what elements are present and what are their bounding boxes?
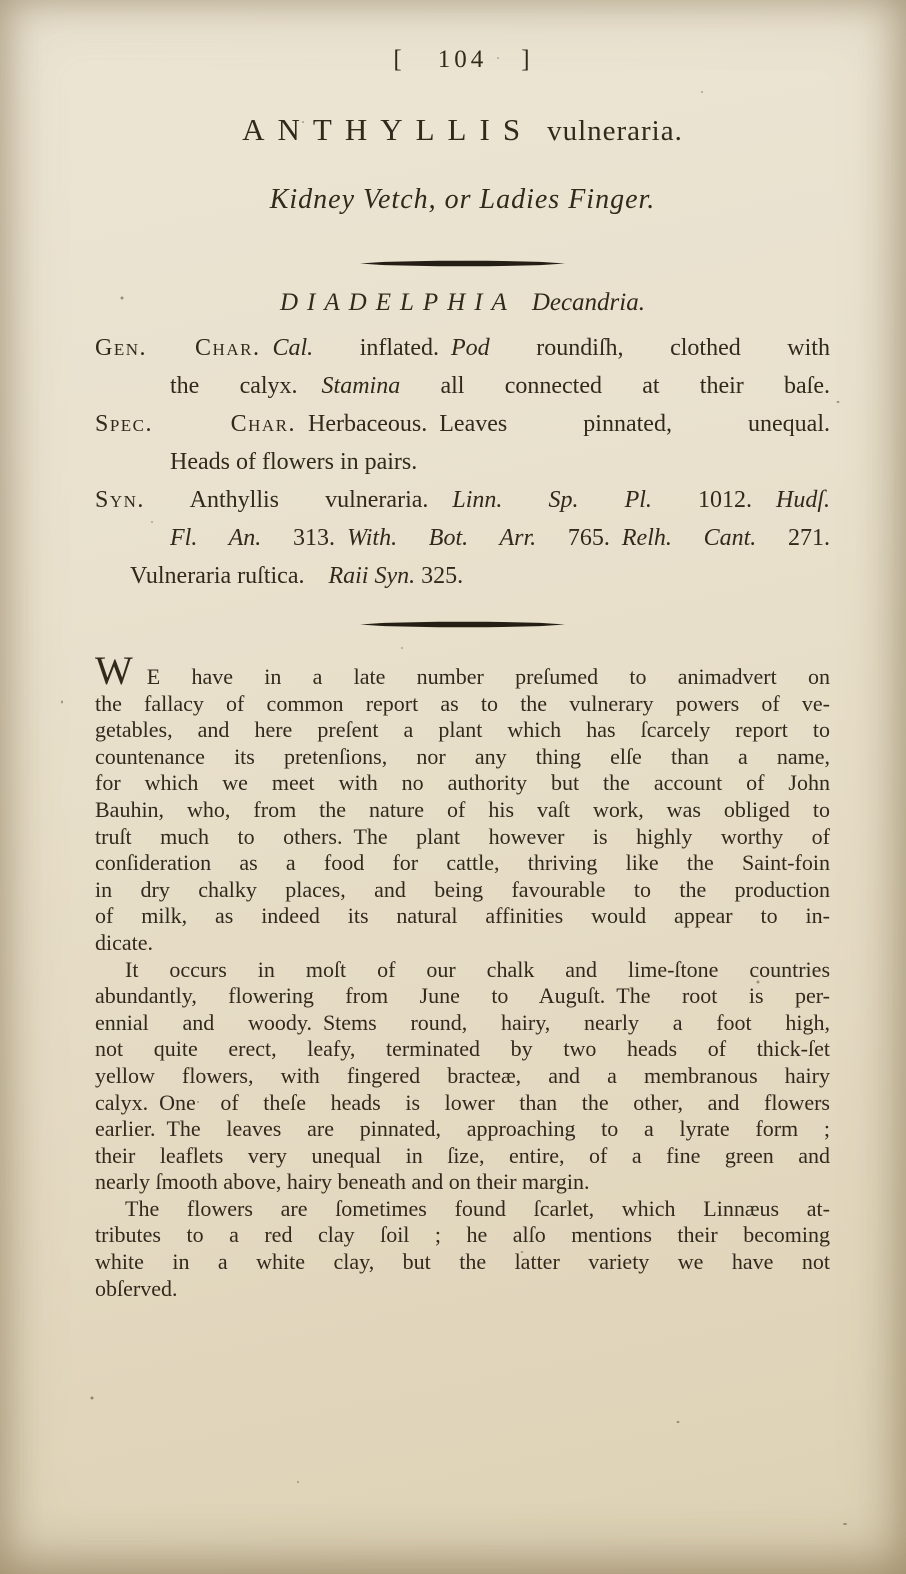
- text-segment: Syn.: [95, 487, 145, 513]
- text-segment: for which we meet with no authority but …: [95, 770, 830, 795]
- bracket-right: ]: [521, 46, 531, 73]
- text-segment: With. Bot. Arr.: [347, 525, 536, 551]
- text-line: their leaflets very unequal in ſize, ent…: [95, 1143, 830, 1170]
- text-line: The flowers are ſometimes found ſcarlet,…: [95, 1196, 830, 1223]
- text-segment: The flowers are ſometimes found ſcarlet,…: [125, 1196, 830, 1221]
- text-segment: Hudſ.: [776, 487, 830, 513]
- text-segment: truſt much to others. The plant however …: [95, 824, 830, 849]
- text-segment: white in a white clay, but the latter va…: [95, 1249, 830, 1274]
- text-line: conſideration as a food for cattle, thri…: [95, 850, 830, 877]
- text-segment: Stamina: [322, 373, 401, 399]
- text-segment: nearly ſmooth above, hairy beneath and o…: [95, 1169, 589, 1194]
- text-segment: 325.: [415, 563, 463, 589]
- text-segment: Fl. An.: [170, 525, 261, 551]
- text-segment: yellow flowers, with fingered bracteæ, a…: [95, 1063, 830, 1088]
- specific-character-block: Spec. Char. Herbaceous. Leaves pinnated,…: [95, 405, 830, 481]
- paragraph-1: W E have in a late number preſumed to an…: [95, 664, 830, 957]
- synonyms-block: Syn. Anthyllis vulneraria. Linn. Sp. Pl.…: [95, 481, 830, 595]
- text-segment: all connected at their baſe.: [400, 373, 830, 399]
- page-number: [104]: [95, 46, 830, 74]
- classification-line: DIADELPHIADecandria.: [95, 289, 830, 317]
- text-line: Heads of flowers in pairs.: [95, 443, 830, 481]
- species-epithet: vulneraria.: [547, 115, 683, 147]
- text-line: calyx. One of theſe heads is lower than …: [95, 1090, 830, 1117]
- text-line: countenance its pretenſions, nor any thi…: [95, 744, 830, 771]
- generic-character-block: Gen. Char. Cal. inflated. Pod roundiſh, …: [95, 329, 830, 405]
- text-segment: obſerved.: [95, 1276, 177, 1301]
- text-segment: [260, 335, 272, 361]
- text-line: abundantly, flowering from June to Auguſ…: [95, 983, 830, 1010]
- text-line: nearly ſmooth above, hairy beneath and o…: [95, 1169, 830, 1196]
- text-line: in dry chalky places, and being favourab…: [95, 877, 830, 904]
- text-segment: calyx. One of theſe heads is lower than …: [95, 1090, 830, 1115]
- text-segment: 313.: [261, 525, 347, 551]
- text-line: not quite erect, leafy, terminated by tw…: [95, 1036, 830, 1063]
- text-segment: not quite erect, leafy, terminated by tw…: [95, 1036, 830, 1061]
- text-segment: 271.: [756, 525, 830, 551]
- text-segment: the fallacy of common report as to the v…: [95, 691, 830, 716]
- text-line: tributes to a red clay ſoil ; he alſo me…: [95, 1222, 830, 1249]
- paragraph-2: It occurs in moſt of our chalk and lime-…: [95, 957, 830, 1196]
- text-line: Gen. Char. Cal. inflated. Pod roundiſh, …: [95, 329, 830, 367]
- text-line: Vulneraria ruſtica. Raii Syn. 325.: [95, 557, 830, 595]
- text-line: It occurs in moſt of our chalk and lime-…: [95, 957, 830, 984]
- text-line: the calyx. Stamina all connected at thei…: [95, 367, 830, 405]
- text-line: earlier. The leaves are pinnated, approa…: [95, 1116, 830, 1143]
- swelled-rule-mid: [360, 621, 565, 628]
- swelled-rule-top: [360, 260, 565, 267]
- text-segment: the calyx.: [170, 373, 322, 399]
- text-segment: Anthyllis vulneraria.: [145, 487, 452, 513]
- text-segment: Raii Syn.: [328, 563, 415, 589]
- text-segment: Pod: [451, 335, 490, 361]
- raised-initial-capital: W: [95, 648, 136, 693]
- text-segment: Bauhin, who, from the nature of his vaſt…: [95, 797, 830, 822]
- text-segment: 1012.: [652, 487, 776, 513]
- text-segment: abundantly, flowering from June to Auguſ…: [95, 983, 830, 1008]
- linnaean-class: DIADELPHIA: [280, 289, 516, 316]
- text-line: Bauhin, who, from the nature of his vaſt…: [95, 797, 830, 824]
- text-segment: Cal.: [272, 335, 313, 361]
- text-line: Syn. Anthyllis vulneraria. Linn. Sp. Pl.…: [95, 481, 830, 519]
- text-segment: Linn. Sp. Pl.: [452, 487, 652, 513]
- species-title: ANTHYLLISvulneraria.: [95, 112, 830, 148]
- text-segment: Herbaceous. Leaves pinnated, unequal.: [296, 411, 830, 437]
- text-segment: Gen. Char.: [95, 335, 260, 361]
- linnaean-order: Decandria.: [532, 289, 645, 316]
- text-segment: tributes to a red clay ſoil ; he alſo me…: [95, 1222, 830, 1247]
- text-segment: inflated.: [313, 335, 451, 361]
- text-segment: earlier. The leaves are pinnated, approa…: [95, 1116, 830, 1141]
- text-segment: countenance its pretenſions, nor any thi…: [95, 744, 830, 769]
- text-line: of milk, as indeed its natural affinitie…: [95, 903, 830, 930]
- book-page: [104] ANTHYLLISvulneraria. Kidney Vetch,…: [0, 0, 906, 1574]
- text-segment: Heads of flowers in pairs.: [170, 449, 417, 475]
- text-segment: ennial and woody. Stems round, hairy, ne…: [95, 1010, 830, 1035]
- text-segment: of milk, as indeed its natural affinitie…: [95, 903, 830, 928]
- text-segment: Relh. Cant.: [622, 525, 756, 551]
- text-segment: Spec. Char.: [95, 411, 296, 437]
- paragraph-3: The flowers are ſometimes found ſcarlet,…: [95, 1196, 830, 1302]
- text-line: white in a white clay, but the latter va…: [95, 1249, 830, 1276]
- text-line: the fallacy of common report as to the v…: [95, 691, 830, 718]
- text-segment: dicate.: [95, 930, 153, 955]
- page-number-value: 104: [438, 46, 488, 73]
- text-line: Spec. Char. Herbaceous. Leaves pinnated,…: [95, 405, 830, 443]
- text-segment: conſideration as a food for cattle, thri…: [95, 850, 830, 875]
- text-segment: E have in a late number preſumed to anim…: [136, 664, 830, 689]
- text-segment: Vulneraria ruſtica.: [130, 563, 328, 589]
- text-segment: It occurs in moſt of our chalk and lime-…: [125, 957, 830, 982]
- text-line: dicate.: [95, 930, 830, 957]
- text-line: Fl. An. 313. With. Bot. Arr. 765. Relh. …: [95, 519, 830, 557]
- text-segment: getables, and here preſent a plant which…: [95, 717, 830, 742]
- text-segment: 765.: [536, 525, 622, 551]
- text-line: for which we meet with no authority but …: [95, 770, 830, 797]
- text-segment: in dry chalky places, and being favourab…: [95, 877, 830, 902]
- text-segment: their leaflets very unequal in ſize, ent…: [95, 1143, 830, 1168]
- text-line: obſerved.: [95, 1276, 830, 1303]
- text-segment: roundiſh, clothed with: [490, 335, 830, 361]
- bracket-left: [: [393, 46, 403, 73]
- text-line: truſt much to others. The plant however …: [95, 824, 830, 851]
- text-line: W E have in a late number preſumed to an…: [95, 664, 830, 691]
- genus-name: ANTHYLLIS: [242, 112, 533, 147]
- text-line: getables, and here preſent a plant which…: [95, 717, 830, 744]
- text-line: yellow flowers, with fingered bracteæ, a…: [95, 1063, 830, 1090]
- common-name: Kidney Vetch, or Ladies Finger.: [95, 184, 830, 216]
- text-line: ennial and woody. Stems round, hairy, ne…: [95, 1010, 830, 1037]
- page-content: [104] ANTHYLLISvulneraria. Kidney Vetch,…: [0, 46, 906, 1302]
